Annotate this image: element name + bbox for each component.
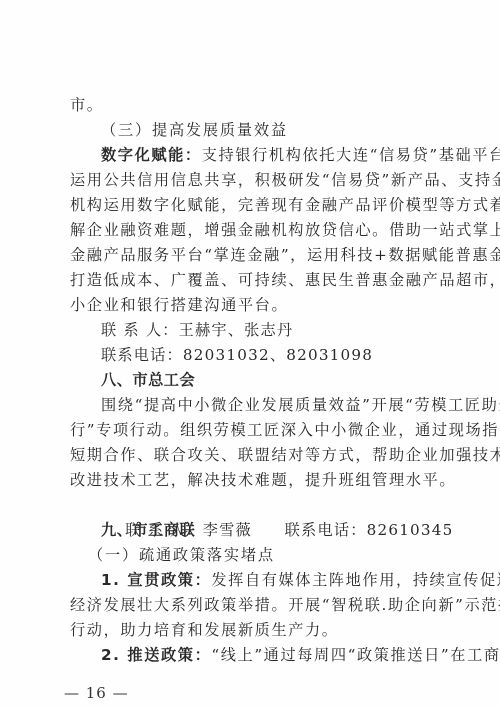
line-text: 经济发展壮大系列政策举措。开展“智税联.助企向新”示范提升: [70, 596, 500, 614]
paragraph-line: 改进技术工艺，解决技术难题，提升班组管理水平。: [70, 468, 442, 493]
document-page: 市。 （三）提高发展质量效益 数字化赋能：支持银行机构依托大连“信易贷”基础平台…: [0, 0, 500, 707]
line-text: 金融产品服务平台“掌连金融”，运用科技+数据赋能普惠金融，: [70, 246, 500, 264]
paragraph-line: 数字化赋能：支持银行机构依托大连“信易贷”基础平台，: [101, 143, 442, 168]
subsection-heading: （一）疏通政策落实堵点: [88, 543, 429, 568]
contact-person: 联 系 人：王赫宇、张志丹: [101, 318, 442, 343]
line-text: 小企业和银行搭建沟通平台。: [70, 296, 288, 314]
paragraph-line: 行动，助力培育和发展新质生产力。: [70, 618, 442, 643]
line-text: 支持银行机构依托大连“信易贷”基础平台，: [202, 146, 500, 164]
line-text: 短期合作、联合攻关、联盟结对等方式，帮助企业加强技术研发，: [70, 446, 500, 464]
paragraph-line: 短期合作、联合攻关、联盟结对等方式，帮助企业加强技术研发，: [70, 443, 442, 468]
paragraph-line: 机构运用数字化赋能，完善现有金融产品评价模型等方式着力破: [70, 193, 442, 218]
paragraph-line: 围绕“提高中小微企业发展质量效益”开展“劳模工匠助企: [101, 393, 442, 418]
paragraph-line: 打造低成本、广覆盖、可持续、惠民生普惠金融产品超市，为中: [70, 268, 442, 293]
paragraph-line: 1. 宣贯政策：发挥自有媒体主阵地作用，持续宣传促进民营: [101, 568, 442, 593]
line-text: 围绕“提高中小微企业发展质量效益”开展“劳模工匠助企: [101, 396, 500, 414]
contact-phone: 联系电话：82031032、82031098: [101, 343, 442, 368]
paragraph-line: 解企业融资难题，增强金融机构放贷信心。借助一站式掌上普惠: [70, 218, 442, 243]
contact-phone-text: 联系电话：82031032、82031098: [101, 346, 373, 364]
subsection-title: （一）疏通政策落实堵点: [88, 546, 275, 564]
paragraph-line: 2. 推送政策：“线上”通过每周四“政策推送日”在工商联: [101, 643, 442, 668]
section-heading: 八、市总工会: [101, 368, 442, 393]
bold-lead: 2. 推送政策：: [101, 646, 211, 664]
line-text: 改进技术工艺，解决技术难题，提升班组管理水平。: [70, 471, 456, 489]
paragraph-line: 经济发展壮大系列政策举措。开展“智税联.助企向新”示范提升: [70, 593, 442, 618]
section-title: 八、市总工会: [101, 371, 195, 389]
contact-info: 联 系 人：李雪薇 联系电话：82610345: [101, 493, 442, 518]
paragraph-line: 小企业和银行搭建沟通平台。: [70, 293, 442, 318]
bold-lead: 数字化赋能：: [101, 146, 202, 164]
line-text: 行”专项行动。组织劳模工匠深入中小微企业，通过现场指导、: [70, 421, 500, 439]
paragraph-line: 市。: [70, 93, 442, 118]
line-text: 市。: [70, 96, 104, 114]
subsection-title: （三）提高发展质量效益: [101, 121, 288, 139]
section-title: 九、市工商联: [101, 521, 195, 539]
bold-lead: 1. 宣贯政策：: [101, 571, 211, 589]
subsection-heading: （三）提高发展质量效益: [101, 118, 442, 143]
paragraph-line: 运用公共信用信息共享，积极研发“信易贷”新产品、支持金融: [70, 168, 442, 193]
line-text: “线上”通过每周四“政策推送日”在工商联: [211, 646, 500, 664]
line-text: 发挥自有媒体主阵地作用，持续宣传促进民营: [211, 571, 500, 589]
line-text: 解企业融资难题，增强金融机构放贷信心。借助一站式掌上普惠: [70, 221, 500, 239]
section-heading: 九、市工商联: [101, 518, 442, 543]
line-text: 运用公共信用信息共享，积极研发“信易贷”新产品、支持金融: [70, 171, 500, 189]
line-text: 机构运用数字化赋能，完善现有金融产品评价模型等方式着力破: [70, 196, 500, 214]
contact-person-text: 联 系 人：王赫宇、张志丹: [101, 321, 293, 339]
line-text: 打造低成本、广覆盖、可持续、惠民生普惠金融产品超市，为中: [70, 271, 500, 289]
line-text: 行动，助力培育和发展新质生产力。: [70, 621, 339, 639]
page-number: — 16 —: [64, 684, 129, 702]
paragraph-line: 金融产品服务平台“掌连金融”，运用科技+数据赋能普惠金融，: [70, 243, 442, 268]
paragraph-line: 行”专项行动。组织劳模工匠深入中小微企业，通过现场指导、: [70, 418, 442, 443]
